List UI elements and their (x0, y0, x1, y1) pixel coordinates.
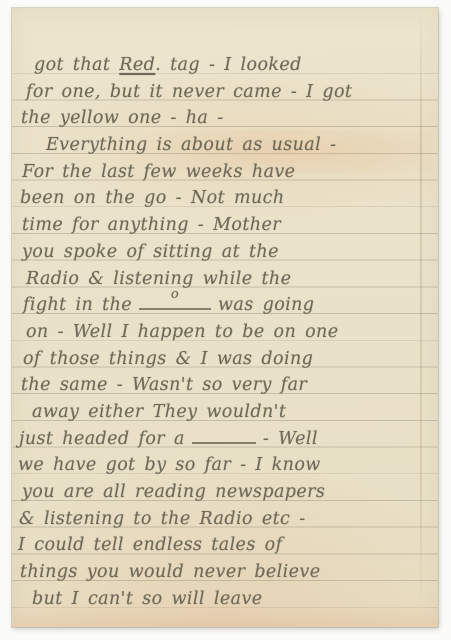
line-text: for one, but it never came - I got (26, 82, 352, 102)
handwriting-line: the yellow one - ha - (18, 105, 435, 132)
handwriting-line: away either They wouldn't (18, 399, 435, 426)
handwriting-line: just headed for a- Well (18, 426, 435, 453)
line-text: but I can't so will leave (32, 589, 263, 609)
handwriting-line: we have got by so far - I know (18, 452, 435, 479)
line-text: - Well (263, 429, 318, 449)
line-text: Radio & listening while the (26, 269, 291, 289)
line-text: you spoke of sitting at the (22, 242, 279, 262)
handwriting-line: you are all reading newspapers (18, 479, 435, 506)
handwriting-line: been on the go - Not much (18, 185, 435, 212)
censored-blank (192, 428, 256, 444)
handwriting-layer: got that Red. tag - I looked for one, bu… (18, 52, 435, 612)
letter-page: got that Red. tag - I looked for one, bu… (12, 8, 438, 627)
blank-annotation: o (171, 288, 179, 301)
line-text: For the last few weeks have (22, 162, 295, 182)
underlined-word: Red (119, 55, 155, 75)
line-text: was going (218, 295, 314, 315)
handwriting-line: For the last few weeks have (18, 159, 435, 186)
line-text: of those things & I was doing (23, 349, 313, 369)
handwriting-line: things you would never believe (18, 559, 435, 586)
line-text: things you would never believe (20, 562, 320, 582)
line-text: & listening to the Radio etc - (19, 509, 306, 529)
scan-background: got that Red. tag - I looked for one, bu… (0, 0, 451, 640)
handwriting-line: & listening to the Radio etc - (18, 506, 435, 533)
handwriting-line: Radio & listening while the (18, 266, 435, 293)
line-text: on - Well I happen to be on one (26, 322, 338, 342)
line-text: the same - Wasn't so very far (21, 375, 307, 395)
handwriting-line: the same - Wasn't so very far (18, 372, 435, 399)
handwriting-line: for one, but it never came - I got (18, 79, 435, 106)
line-text: we have got by so far - I know (18, 455, 321, 475)
line-text: you are all reading newspapers (22, 482, 325, 502)
line-text: got that (34, 55, 119, 75)
handwriting-line: Everything is about as usual - (18, 132, 435, 159)
handwriting-line: fight in theowas going (18, 292, 435, 319)
handwriting-line: got that Red. tag - I looked (18, 52, 435, 79)
censored-blank: o (139, 294, 211, 310)
handwriting-line: you spoke of sitting at the (18, 239, 435, 266)
line-text: just headed for a (19, 429, 185, 449)
line-text: the yellow one - ha - (21, 108, 224, 128)
handwriting-line: I could tell endless tales of (18, 532, 435, 559)
handwriting-line: time for anything - Mother (18, 212, 435, 239)
line-text: Everything is about as usual - (46, 135, 336, 155)
handwriting-line: on - Well I happen to be on one (18, 319, 435, 346)
line-text: time for anything - Mother (22, 215, 281, 235)
line-text: away either They wouldn't (32, 402, 286, 422)
line-text: been on the go - Not much (20, 188, 285, 208)
line-text: I could tell endless tales of (18, 535, 282, 555)
handwriting-line: of those things & I was doing (18, 346, 435, 373)
line-text: fight in the (23, 295, 132, 315)
handwriting-line: but I can't so will leave (18, 586, 435, 613)
line-text: . tag - I looked (155, 55, 302, 75)
